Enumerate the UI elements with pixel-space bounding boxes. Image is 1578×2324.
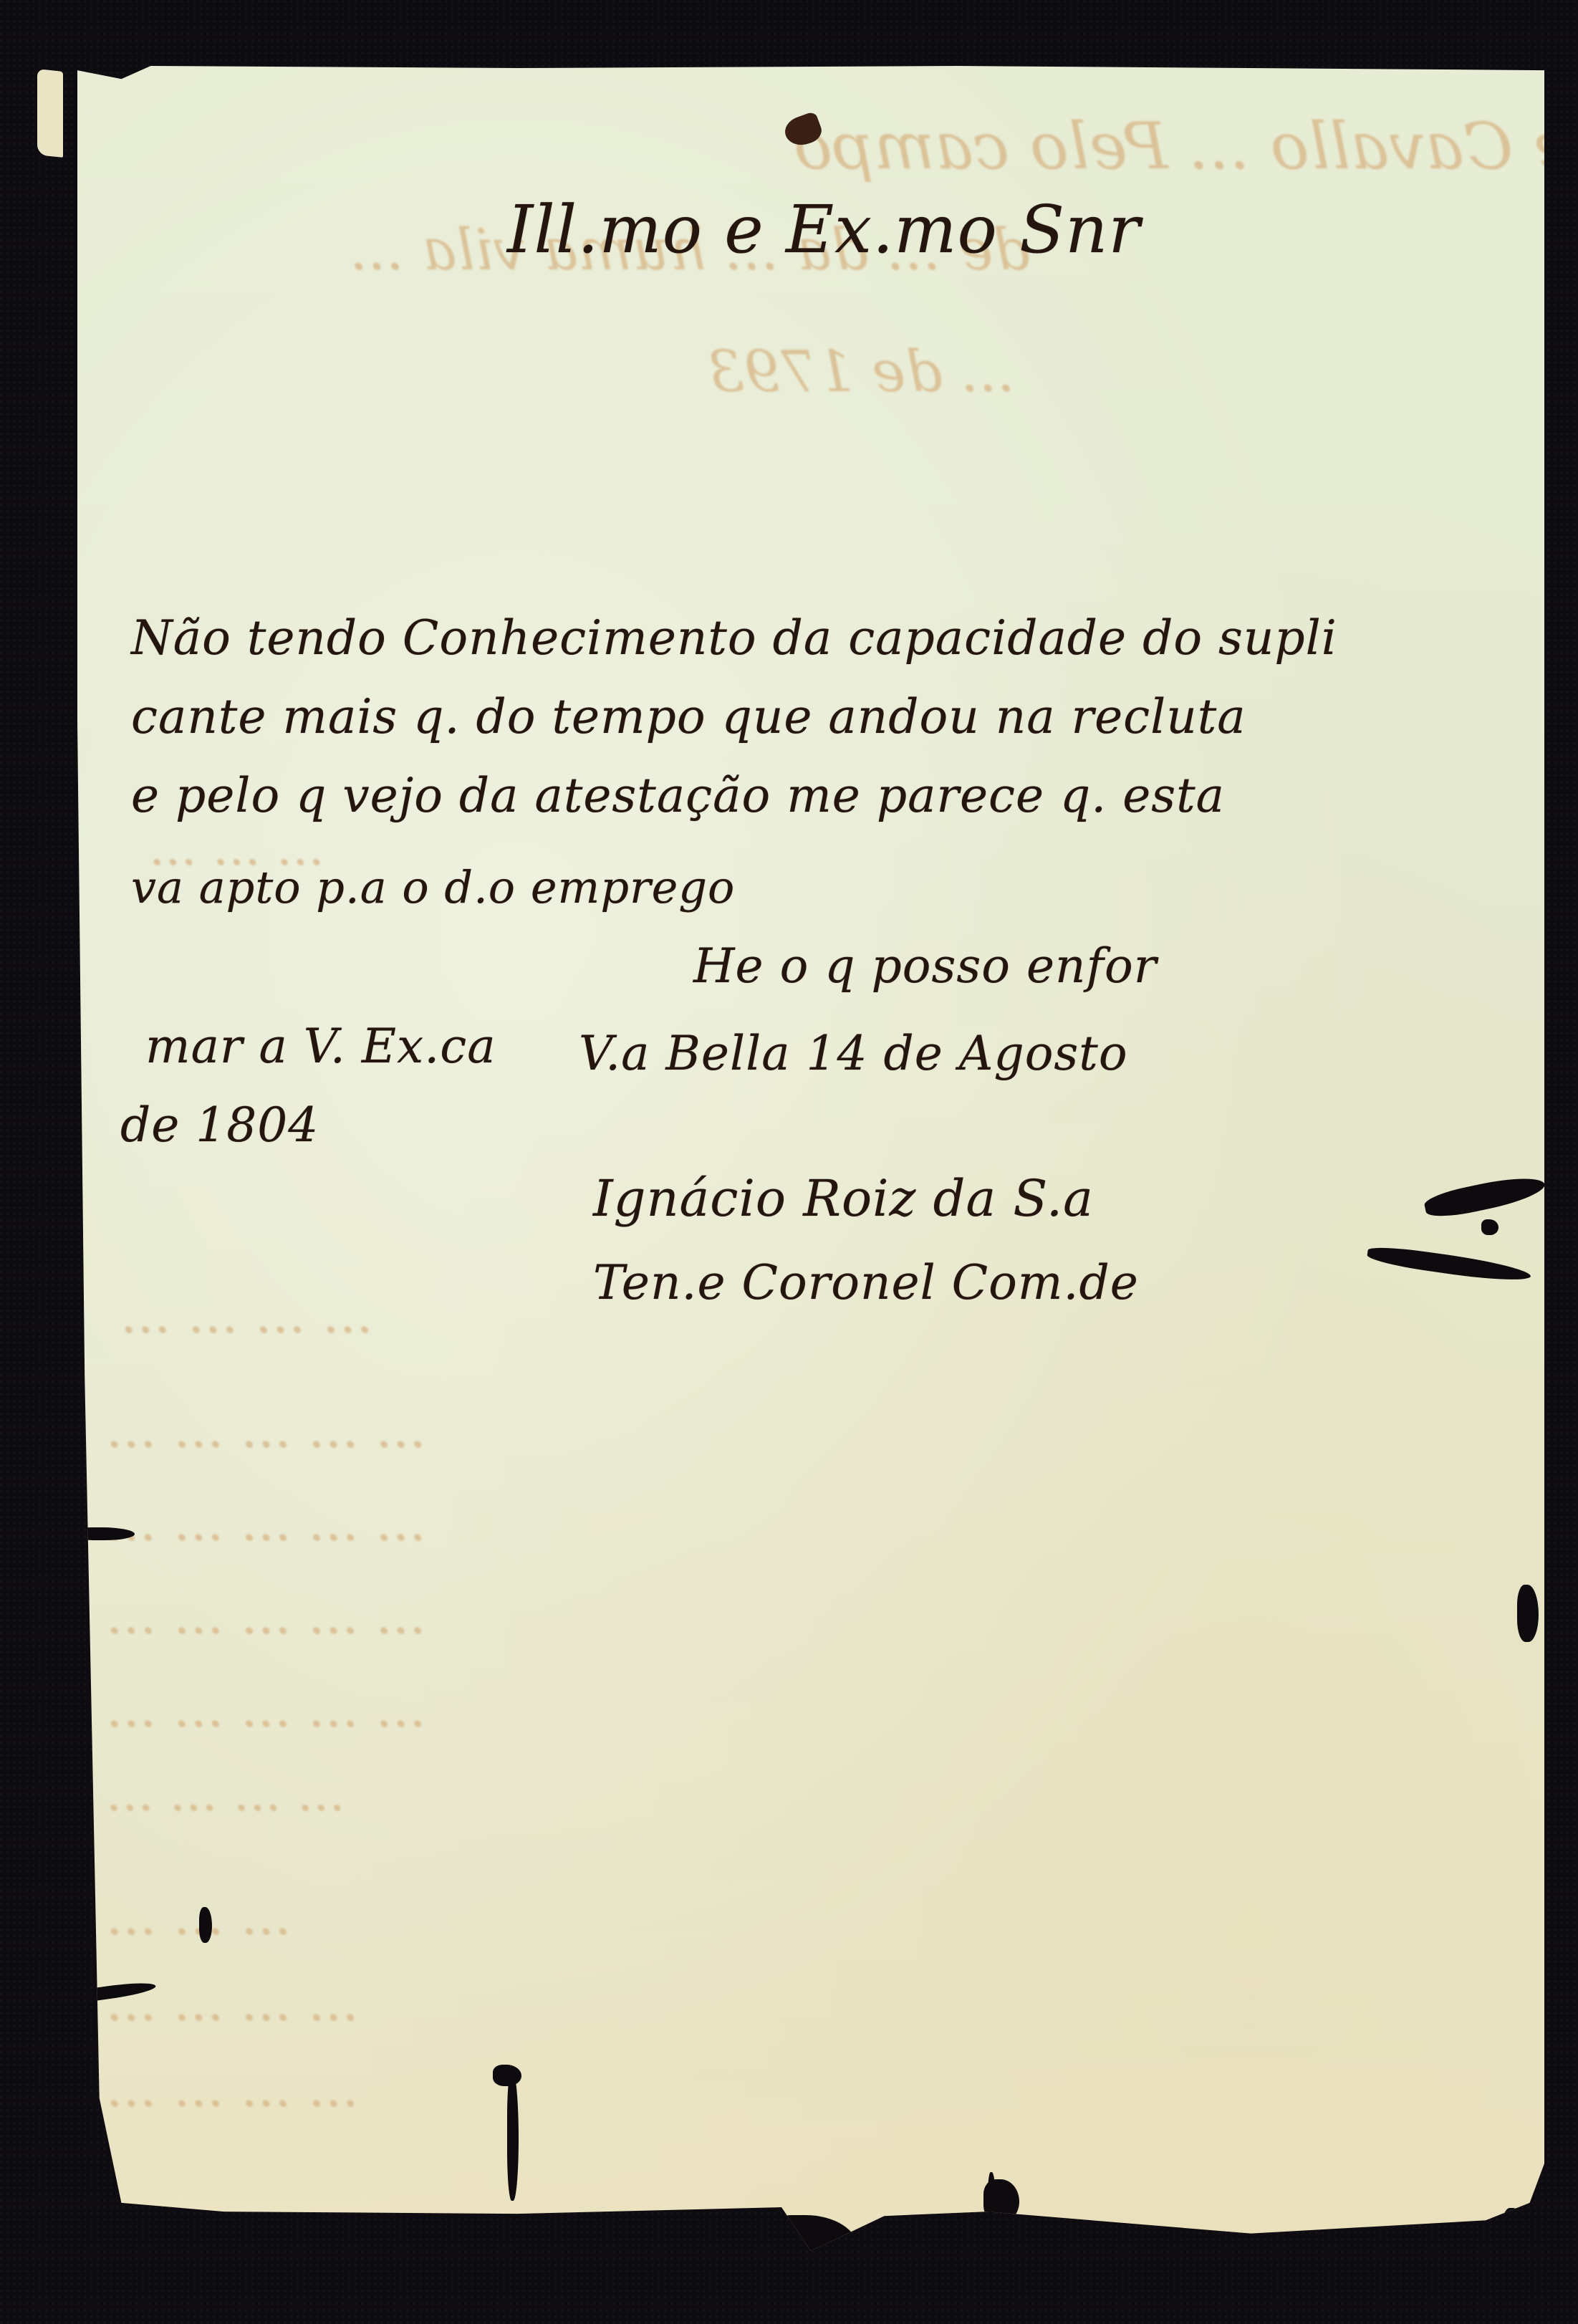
paper-folded-corner bbox=[37, 69, 63, 158]
bleed-through-text: ... ... ... ... ... bbox=[106, 1585, 426, 1646]
body-line-3: e pelo q vejo da atestação me parece q. … bbox=[131, 768, 1225, 823]
manuscript-page: Capitão de Cavallo ... Pelo campo de ...… bbox=[77, 66, 1544, 2251]
salutation: Ill.mo e Ex.mo Snr bbox=[507, 191, 1140, 268]
body-line-1: Não tendo Conhecimento da capacidade do … bbox=[131, 610, 1337, 666]
closing-line-2-left: mar a V. Ex.ca bbox=[145, 1019, 496, 1074]
signature-title: Ten.e Coronel Com.de bbox=[593, 1255, 1139, 1310]
paper-damage bbox=[493, 2065, 521, 2086]
paper-damage bbox=[507, 2072, 519, 2201]
bleed-through-text: ... ... ... ... bbox=[106, 1972, 359, 2033]
paper-damage bbox=[1481, 1219, 1498, 1235]
bleed-through-text: ... ... ... ... ... bbox=[106, 1492, 426, 1553]
bleed-through-text: ... ... ... ... bbox=[120, 1284, 373, 1345]
closing-year: de 1804 bbox=[120, 1098, 319, 1153]
closing-line-1: He o q posso enfor bbox=[693, 938, 1157, 994]
paper-damage bbox=[199, 1907, 212, 1943]
paper-damage bbox=[1366, 1244, 1531, 1285]
bleed-through-text: ... ... ... ... ... bbox=[106, 1398, 426, 1460]
place-date: V.a Bella 14 de Agosto bbox=[579, 1026, 1128, 1081]
paper-damage bbox=[1423, 1171, 1547, 1222]
body-line-4: va apto p.a o d.o emprego bbox=[131, 861, 735, 913]
bleed-through-text: ... ... ... ... bbox=[106, 2057, 359, 2119]
paper-damage bbox=[1517, 1585, 1539, 1642]
bleed-through-text: ... ... ... ... ... bbox=[106, 1678, 426, 1739]
bleed-through-text: Capitão de Cavallo ... Pelo campo bbox=[794, 109, 1578, 184]
signature-name: Ignácio Roiz da S.a bbox=[593, 1169, 1094, 1228]
bleed-through-text: ... de 1793 bbox=[708, 338, 1015, 405]
body-line-2: cante mais q. do tempo que andou na recl… bbox=[131, 689, 1246, 744]
bleed-through-text: ... ... ... ... bbox=[106, 1764, 345, 1823]
